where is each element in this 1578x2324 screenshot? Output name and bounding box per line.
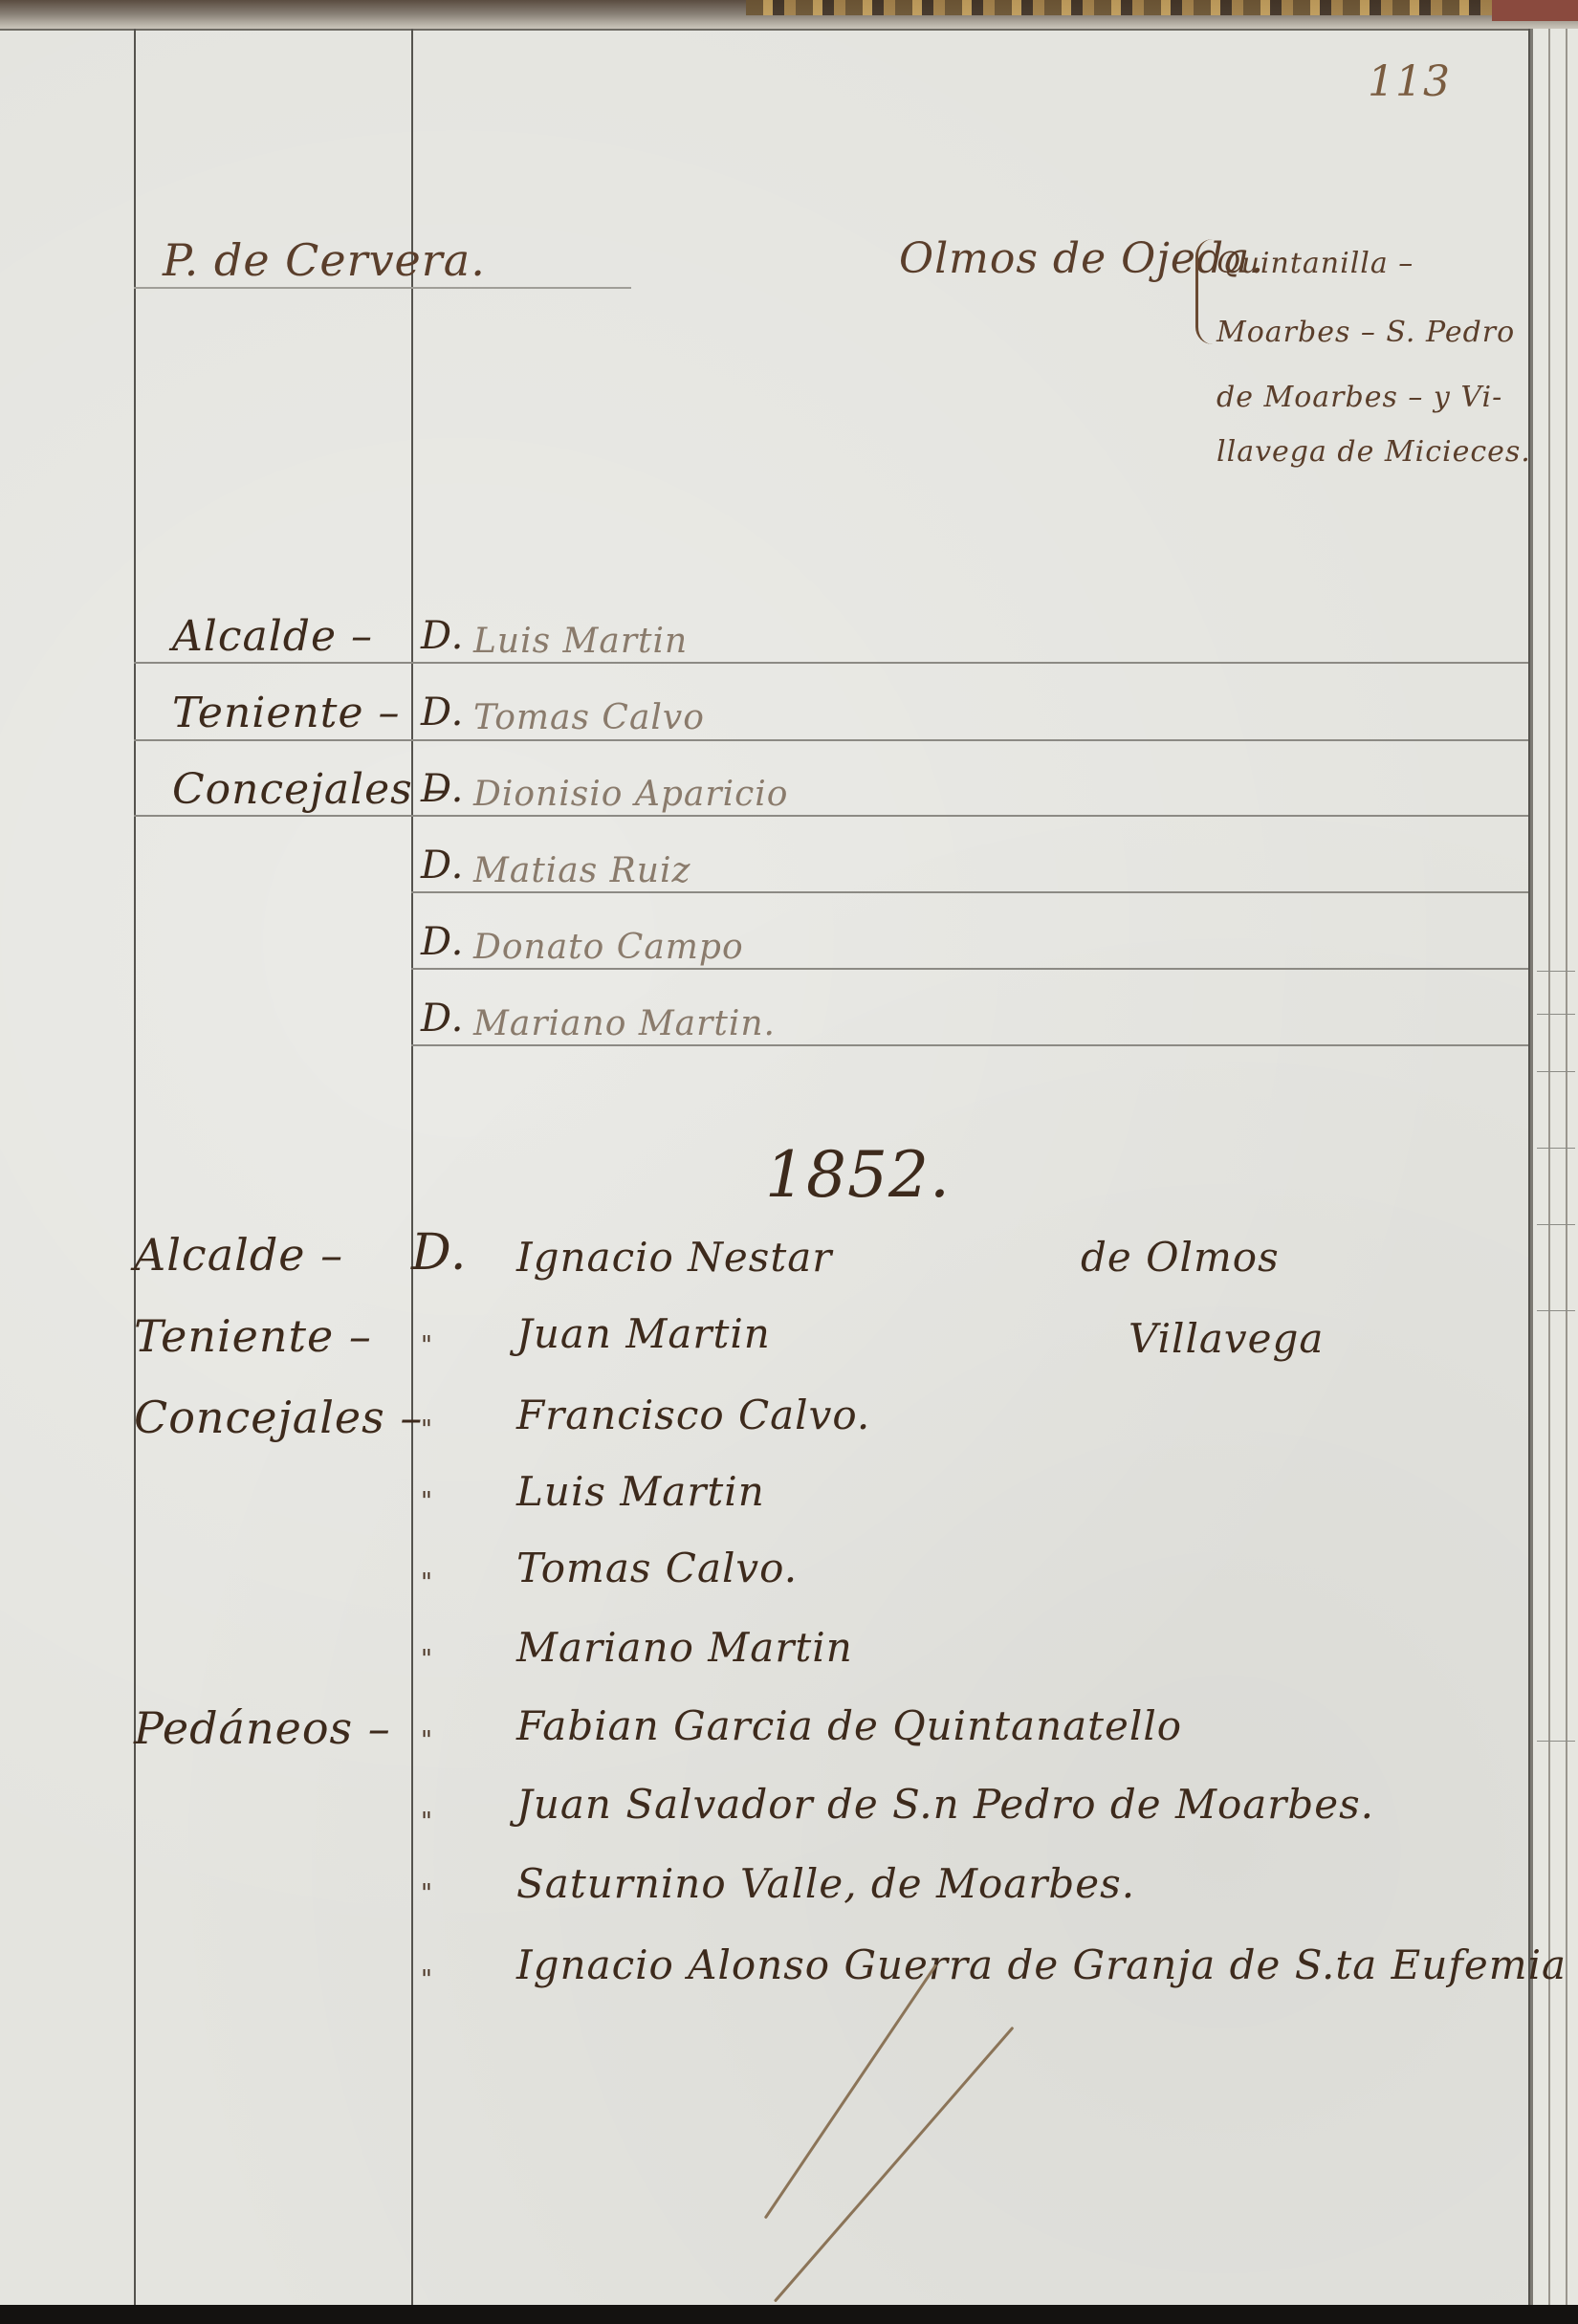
role-label: Teniente –	[172, 689, 400, 737]
column-rule	[411, 29, 413, 2305]
title-mark: D.	[421, 767, 464, 811]
official-name: Donato Campo	[473, 928, 744, 967]
ditto-mark: "	[421, 1645, 433, 1674]
ditto-mark: "	[421, 1726, 433, 1755]
official-name: Tomas Calvo	[473, 698, 705, 737]
title-mark: D.	[421, 920, 464, 964]
role-label: Alcalde –	[172, 612, 373, 661]
ditto-mark: "	[421, 1487, 433, 1516]
scan-bottom-edge	[0, 2305, 1578, 2324]
title-mark: D.	[411, 1224, 467, 1282]
official-origin: de Olmos	[1081, 1234, 1280, 1281]
municipality-heading: P. de Cervera.	[163, 234, 486, 286]
official-name: Saturnino Valle, de Moarbes.	[516, 1860, 1135, 1907]
role-label: Alcalde –	[134, 1229, 343, 1281]
folio-number: 113	[1368, 57, 1451, 106]
title-mark: D.	[421, 691, 464, 734]
ditto-mark: "	[421, 1808, 433, 1836]
marbled-edge-corner	[1492, 0, 1578, 21]
ditto-mark: "	[421, 1415, 433, 1444]
role-label: Pedáneos –	[134, 1702, 391, 1754]
ruled-line	[134, 739, 1528, 741]
official-name: Luis Martin	[516, 1468, 765, 1515]
ruled-line	[134, 815, 1528, 817]
year-heading: 1852.	[765, 1138, 951, 1212]
official-name: Francisco Calvo.	[516, 1392, 870, 1438]
annexed-village-line: Moarbes – S. Pedro	[1216, 316, 1515, 349]
official-name: Matias Ruiz	[473, 851, 690, 890]
ditto-mark: "	[421, 1879, 433, 1908]
brace-icon	[1195, 239, 1216, 344]
ruled-line	[411, 1044, 1528, 1046]
official-name: Mariano Martin	[516, 1624, 853, 1671]
role-label: Concejales –	[172, 765, 449, 814]
role-label: Concejales –	[134, 1392, 423, 1443]
annexed-village-line: Quintanilla –	[1216, 247, 1414, 280]
official-name: Juan Martin	[516, 1310, 771, 1357]
ditto-mark: "	[421, 1331, 433, 1360]
margin-rule	[134, 29, 136, 2305]
official-name: Fabian Garcia de Quintanatello	[516, 1702, 1182, 1749]
official-name: Juan Salvador de S.n Pedro de Moarbes.	[516, 1781, 1374, 1828]
annexed-village-line: de Moarbes – y Vi-	[1216, 381, 1502, 414]
role-label: Teniente –	[134, 1310, 372, 1362]
official-name: Tomas Calvo.	[516, 1545, 798, 1591]
ditto-mark: "	[421, 1965, 433, 1994]
ruled-line	[411, 968, 1528, 970]
official-name: Ignacio Alonso Guerra de Granja de S.ta …	[516, 1941, 1567, 1988]
ruled-line	[134, 287, 631, 289]
official-origin: Villavega	[1129, 1315, 1324, 1362]
ditto-mark: "	[421, 1568, 433, 1597]
official-name: Dionisio Aparicio	[473, 775, 788, 814]
official-name: Ignacio Nestar	[516, 1234, 832, 1281]
ruled-line	[134, 662, 1528, 664]
annexed-village-line: llavega de Micieces.	[1216, 435, 1531, 469]
ruled-line	[411, 891, 1528, 893]
official-name: Mariano Martin.	[473, 1004, 776, 1043]
title-mark: D.	[421, 844, 464, 888]
official-name: Luis Martin	[473, 622, 688, 661]
title-mark: D.	[421, 997, 464, 1041]
marbled-edge	[746, 0, 1578, 15]
title-mark: D.	[421, 614, 464, 658]
